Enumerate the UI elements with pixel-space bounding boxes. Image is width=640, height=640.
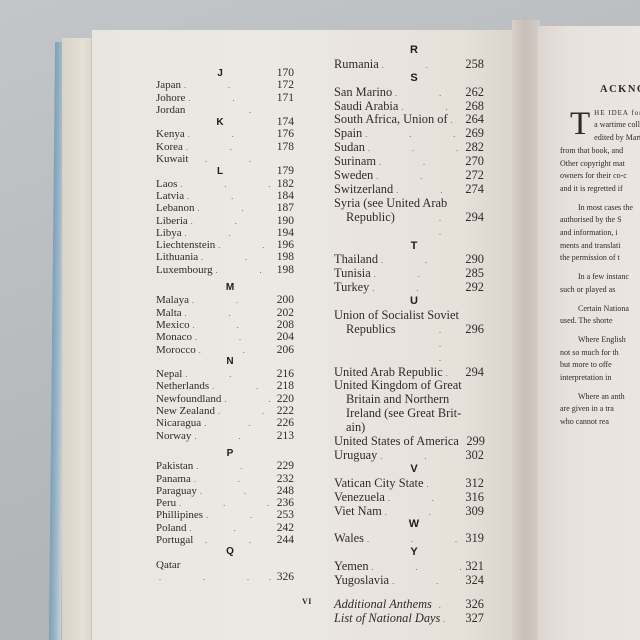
index-entry: Wales. . . .319: [334, 532, 484, 546]
index-entry: Laos. . .182: [156, 178, 294, 190]
index-entry: . . ..326: [156, 571, 294, 583]
index-entry: Tunisia. . .285: [334, 267, 484, 281]
index-entry: Kuwait. .: [156, 153, 294, 165]
index-entry-national-days: List of National Days.327: [334, 612, 484, 626]
index-entry: Jordan.: [156, 104, 294, 116]
index-letter-heading: N: [156, 356, 294, 368]
index-entry: Yemen. . .321: [334, 560, 484, 574]
index-entry: Qatar: [156, 559, 294, 571]
index-entry: Japan. . .172: [156, 79, 294, 91]
index-entry: Nepal. . .216: [156, 368, 294, 380]
index-entry: Netherlands. .218: [156, 380, 294, 392]
index-entry: Luxembourg. .198: [156, 264, 294, 276]
index-entry: Portugal. .244: [156, 534, 294, 546]
index-letter-heading: V: [334, 463, 484, 477]
index-column-right: R Rumania. . .258 S San Marino. .262 Sau…: [334, 44, 484, 626]
index-entry: Peru. . .236: [156, 497, 294, 509]
index-letter-heading: Q: [156, 546, 294, 558]
index-entry: Liechtenstein. .196: [156, 239, 294, 251]
acknowledgements-title: ACKNO: [600, 84, 640, 97]
index-entry: San Marino. .262: [334, 86, 484, 100]
index-entry: Korea. . .178: [156, 141, 294, 153]
index-entry: Kenya. . .176: [156, 128, 294, 140]
index-letter-row: J170: [156, 67, 294, 79]
drop-cap: T: [570, 109, 590, 139]
index-entry: Paraguay. . .248: [156, 485, 294, 497]
index-entry: Morocco. . .206: [156, 344, 294, 356]
paragraph: Where an anth are given in a tra who can…: [560, 391, 640, 429]
index-entry: Monaco. . .204: [156, 331, 294, 343]
index-entry: Johore. . .171: [156, 92, 294, 104]
index-entry: Norway. . .213: [156, 430, 294, 442]
index-entry: Malta. . .202: [156, 307, 294, 319]
paragraph: Where English not so much for th but mor…: [560, 334, 640, 385]
index-entry: Phillipines. . .253: [156, 509, 294, 521]
index-letter-heading: Y: [334, 546, 484, 560]
index-entry: United Kingdom of Great Britain and Nort…: [334, 379, 484, 435]
index-entry: Switzerland. . .274: [334, 183, 484, 197]
index-letter-heading: P: [156, 448, 294, 460]
index-entry: Syria (see United Arab Republic). .294: [334, 197, 484, 240]
index-entry: Sudan. . . .282: [334, 141, 484, 155]
index-entry: Spain. . . .269: [334, 127, 484, 141]
index-letter-heading: R: [334, 44, 484, 58]
index-entry: Thailand. . .290: [334, 253, 484, 267]
acknowledgements-section: ACKNO T HE IDEA for th a wartime colle e…: [560, 84, 640, 429]
paragraph: In most cases the authorised by the S an…: [560, 202, 640, 266]
index-letter-row: K174: [156, 116, 294, 128]
index-letter-heading: S: [334, 72, 484, 86]
index-entry-additional-anthems: Additional Anthems.326: [334, 598, 484, 612]
paragraph: In a few instanc such or played as: [560, 271, 640, 296]
index-letter-heading: T: [334, 240, 484, 254]
index-entry: Panama. . .232: [156, 473, 294, 485]
page-number: VI: [302, 597, 312, 606]
index-entry: Malaya. . .200: [156, 294, 294, 306]
index-entry: Union of Socialist Soviet Republics. . .…: [334, 309, 484, 366]
page-stack-edge: [62, 38, 92, 640]
paragraph: Certain Nationa used. The shorte: [560, 303, 640, 328]
index-column-left: J170 Japan. . .172 Johore. . .171 Jordan…: [156, 67, 294, 583]
index-entry: Rumania. . .258: [334, 58, 484, 72]
book-gutter: [512, 20, 540, 640]
index-entry: Lebanon. . .187: [156, 202, 294, 214]
index-entry: Pakistan. . .229: [156, 460, 294, 472]
index-entry: South Africa, Union of.264: [334, 113, 484, 127]
index-entry: United Arab Republic.294: [334, 366, 484, 380]
index-entry: Libya. . .194: [156, 227, 294, 239]
index-letter-heading: M: [156, 282, 294, 294]
index-entry: Sweden. . .272: [334, 169, 484, 183]
index-entry: Liberia. . .190: [156, 215, 294, 227]
index-entry: Yugoslavia. . .324: [334, 574, 484, 588]
index-letter-row: L179: [156, 165, 294, 177]
index-entry: Turkey. . .292: [334, 281, 484, 295]
index-entry: Lithuania. . .198: [156, 251, 294, 263]
index-entry: Viet Nam. . .309: [334, 505, 484, 519]
index-letter-heading: W: [334, 518, 484, 532]
index-entry: Newfoundland. .220: [156, 393, 294, 405]
index-entry: Surinam. . .270: [334, 155, 484, 169]
index-entry: New Zealand. .222: [156, 405, 294, 417]
index-entry: Nicaragua. . .226: [156, 417, 294, 429]
index-entry: Venezuela. . .316: [334, 491, 484, 505]
index-entry: Vatican City State. .312: [334, 477, 484, 491]
index-entry: Uruguay. . .302: [334, 449, 484, 463]
index-entry: Latvia. . .184: [156, 190, 294, 202]
index-entry: Poland. . .242: [156, 522, 294, 534]
index-letter-heading: U: [334, 295, 484, 309]
index-entry: Saudi Arabia. .268: [334, 100, 484, 114]
index-entry: Mexico. . .208: [156, 319, 294, 331]
index-entry: United States of America299: [334, 435, 484, 449]
